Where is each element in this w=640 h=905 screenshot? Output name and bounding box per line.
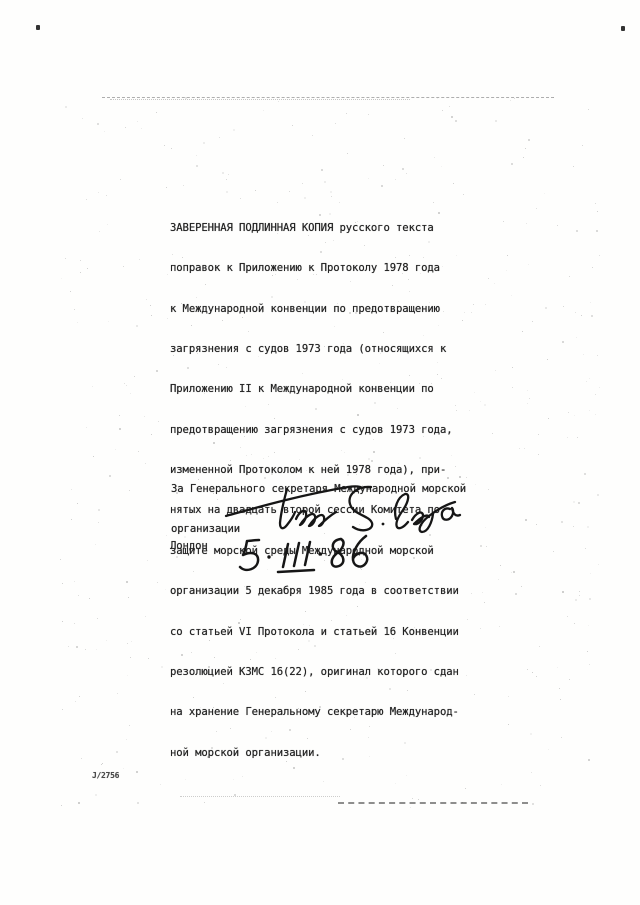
signoff-line: За Генерального секретаря Международной … [171,483,466,496]
scan-speck-top-left [36,25,40,30]
body-line: на хранение Генеральному секретарю Между… [170,706,459,719]
body-line: резолюцией КЗМС 16(22), оригинал которог… [170,666,459,679]
body-line: организации 5 декабря 1985 года в соотве… [170,585,459,598]
reference-code: J/2756 [92,771,119,780]
signoff-line: организации [171,523,466,536]
scanned-document-page: ЗАВЕРЕННАЯ ПОДЛИННАЯ КОПИЯ русского текс… [0,0,640,905]
place-label: Лондон [170,540,208,553]
body-line: ЗАВЕРЕННАЯ ПОДЛИННАЯ КОПИЯ русского текс… [170,222,459,235]
body-line: Приложению II к Международной конвенции … [170,383,459,396]
scan-edge-top-faint [110,99,410,100]
body-line: со статьей VI Протокола и статьей 16 Кон… [170,626,459,639]
scan-edge-bottom [338,802,528,804]
scan-edge-bottom-faint [180,796,340,797]
signoff-block: За Генерального секретаря Международной … [171,456,466,564]
body-line: ной морской организации. [170,747,459,760]
body-line: поправок к Приложению к Протоколу 1978 г… [170,262,459,275]
body-line: предотвращению загрязнения с судов 1973 … [170,424,459,437]
scan-speck-top-right [621,26,625,31]
body-line: к Международной конвенции по предотвраще… [170,303,459,316]
scan-edge-top [102,97,554,98]
body-line: загрязнения с судов 1973 года (относящих… [170,343,459,356]
